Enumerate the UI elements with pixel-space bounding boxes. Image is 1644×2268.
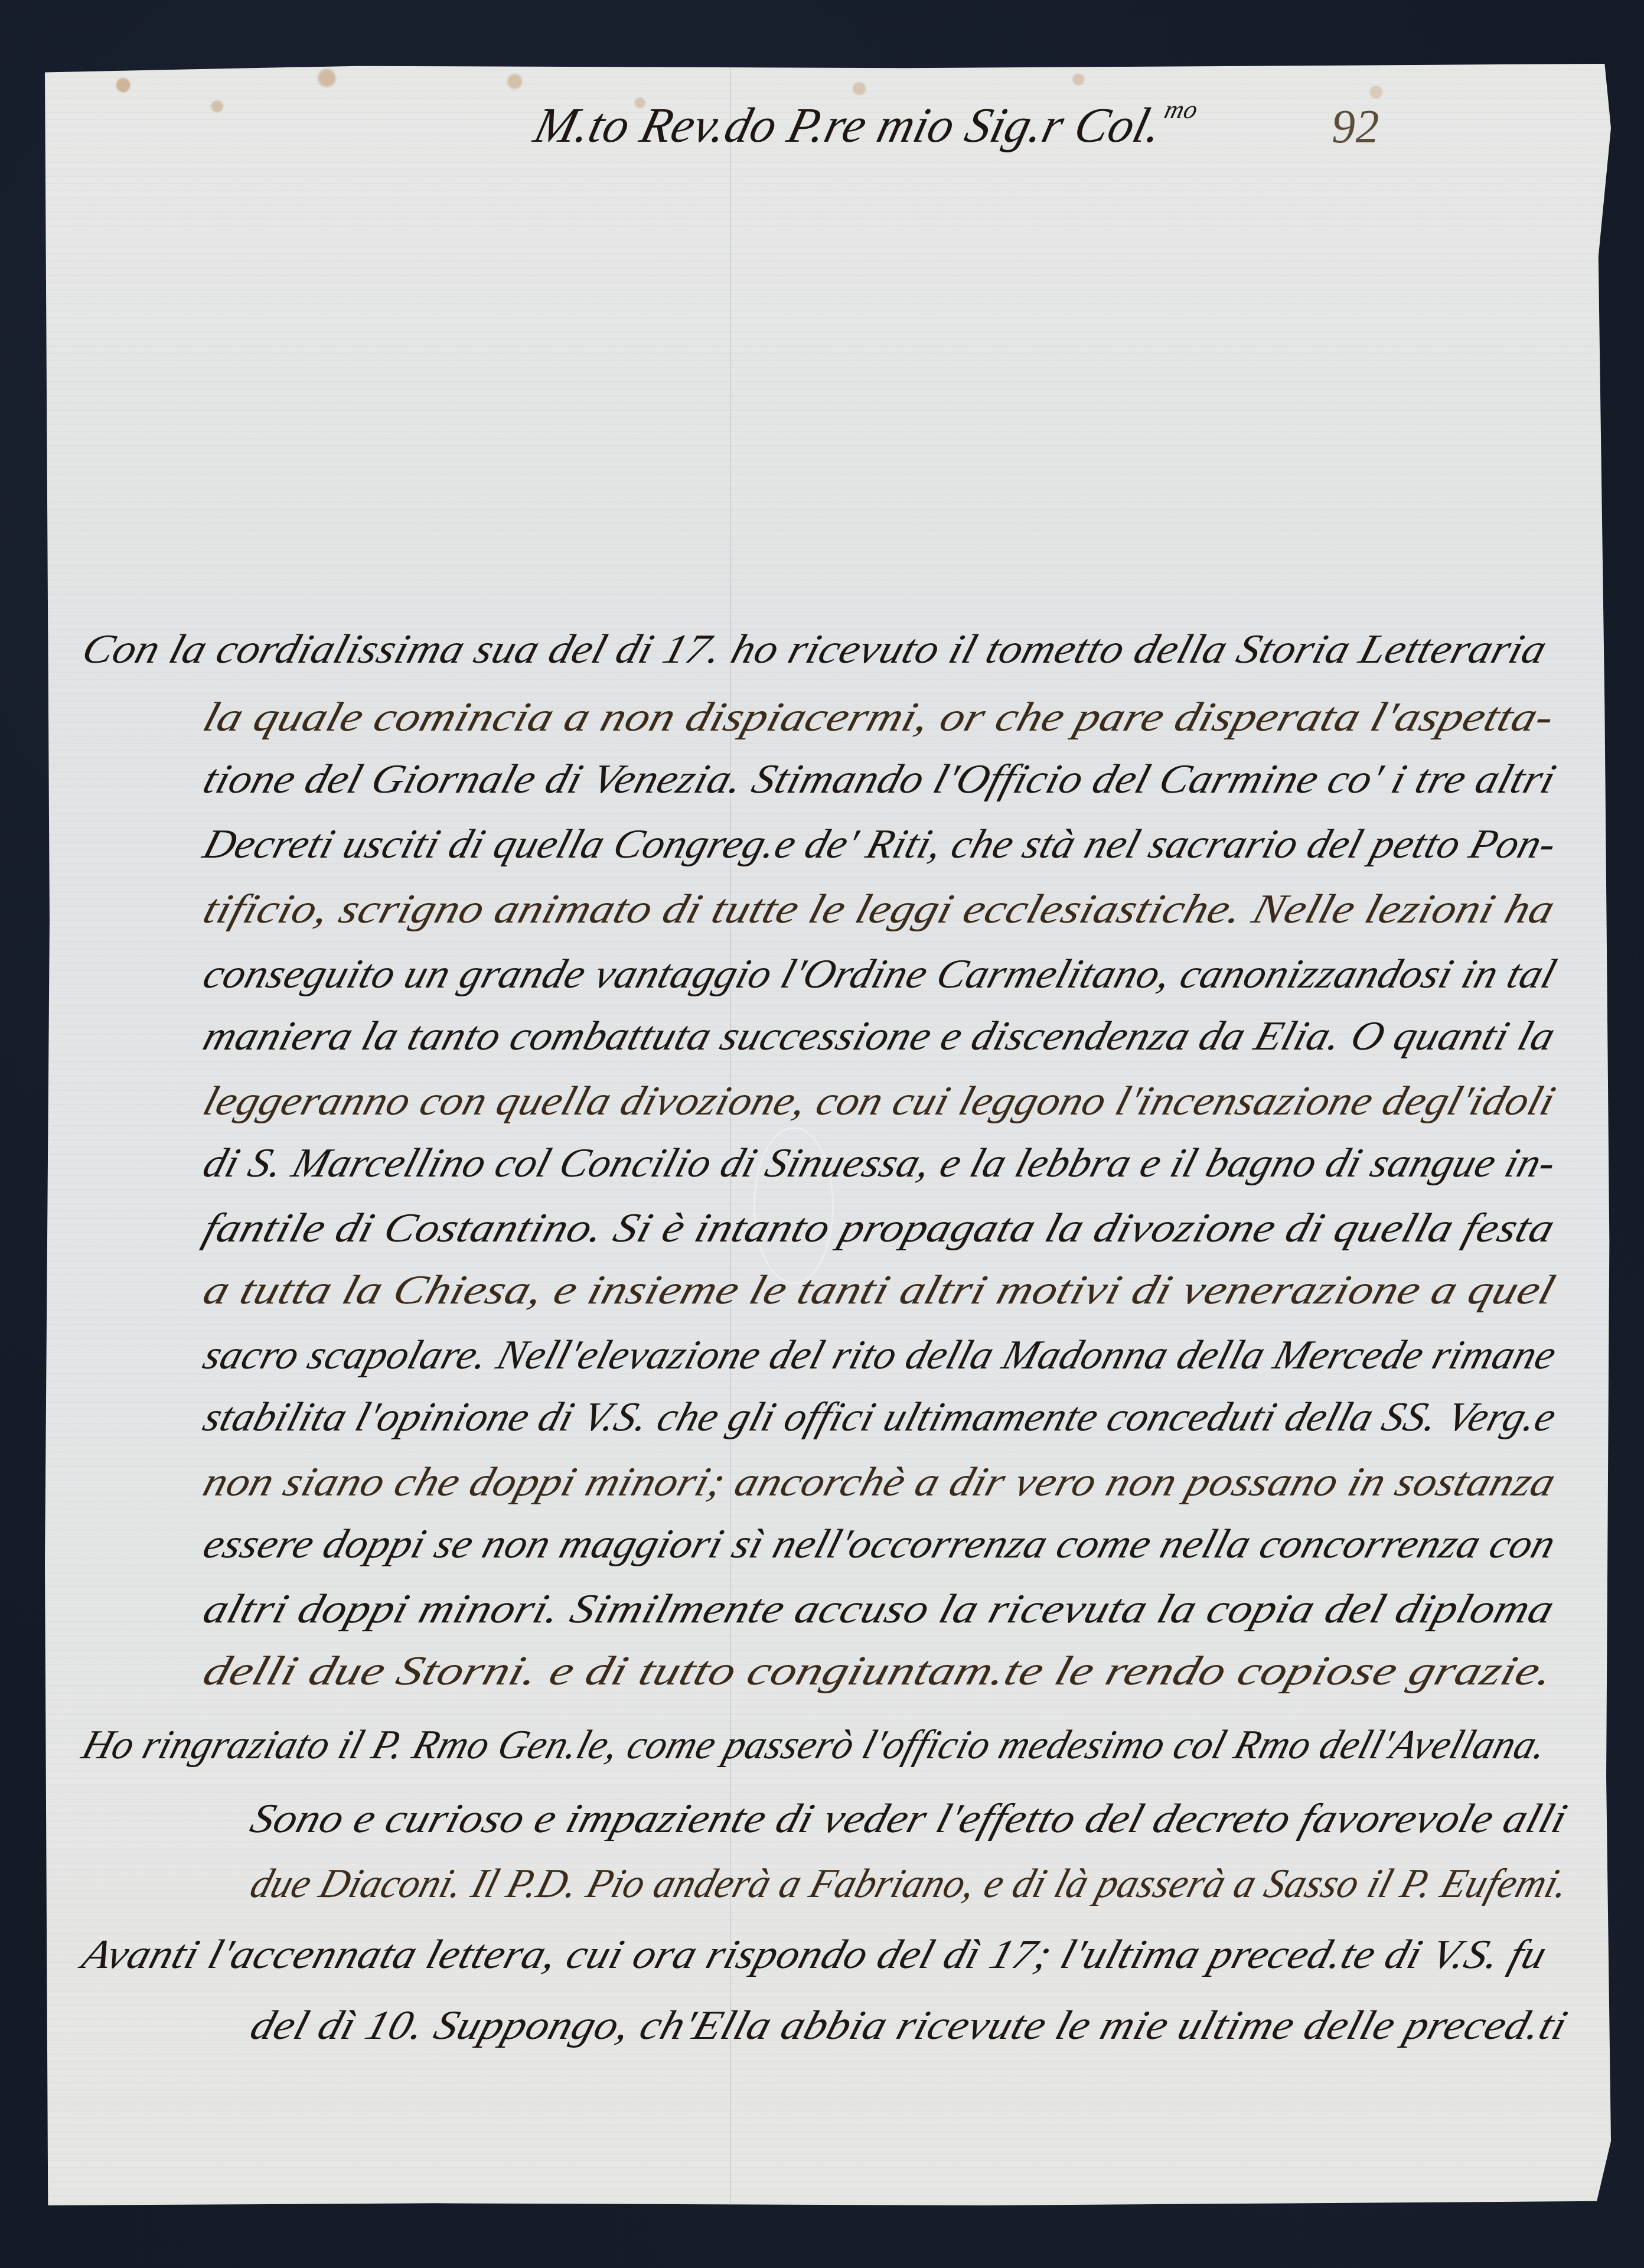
letter-line: tione del Giornale di Venezia. Stimando … xyxy=(198,756,1561,803)
letter-line: Sono e curioso e impaziente di veder l'e… xyxy=(245,1795,1573,1843)
letter-line: tificio, scrigno animato di tutte le leg… xyxy=(198,886,1560,933)
letter-line: a tutta la Chiesa, e insieme le tanti al… xyxy=(198,1267,1560,1314)
letter-line: due Diaconi. Il P.D. Pio anderà a Fabria… xyxy=(245,1860,1574,1908)
letter-line: altri doppi minori. Similmente accuso la… xyxy=(198,1586,1560,1633)
letter-salutation: M.to Rev.do P.re mio Sig.r Col.mo xyxy=(529,94,1201,154)
letter-line: conseguito un grande vantaggio l'Ordine … xyxy=(198,951,1561,998)
letter-line: Ho ringraziato il P. Rmo Gen.le, come pa… xyxy=(77,1722,1552,1769)
letter-line: leggeranno con quella divozione, con cui… xyxy=(198,1078,1561,1125)
letter-line: Avanti l'accennata lettera, cui ora risp… xyxy=(77,1931,1552,1979)
letter-line: non siano che doppi minori; ancorchè a d… xyxy=(198,1459,1561,1506)
letter-line: fantile di Costantino. Si è intanto prop… xyxy=(198,1205,1560,1252)
letter-line: Con la cordialissima sua del di 17. ho r… xyxy=(77,626,1552,673)
letter-line: del dì 10. Suppongo, ch'Ella abbia ricev… xyxy=(245,2002,1573,2049)
letter-line: la quale comincia a non dispiacermi, or … xyxy=(198,694,1560,741)
salutation-text: M.to Rev.do P.re mio Sig.r Col. xyxy=(529,98,1167,153)
letter-line: sacro scapolare. Nell'elevazione del rit… xyxy=(198,1332,1562,1379)
folio-number: 92 xyxy=(1332,100,1379,154)
letter-line: essere doppi se non maggiori sì nell'occ… xyxy=(198,1521,1561,1568)
letter-line: delli due Storni. e di tutto congiuntam.… xyxy=(198,1648,1559,1695)
letter-line: maniera la tanto combattuta successione … xyxy=(198,1013,1561,1060)
letter-line: stabilita l'opinione di V.S. che gli off… xyxy=(198,1394,1562,1441)
letter-line: Decreti usciti di quella Congreg.e de' R… xyxy=(198,821,1562,868)
letter-line: di S. Marcellino col Concilio di Sinuess… xyxy=(198,1140,1561,1187)
